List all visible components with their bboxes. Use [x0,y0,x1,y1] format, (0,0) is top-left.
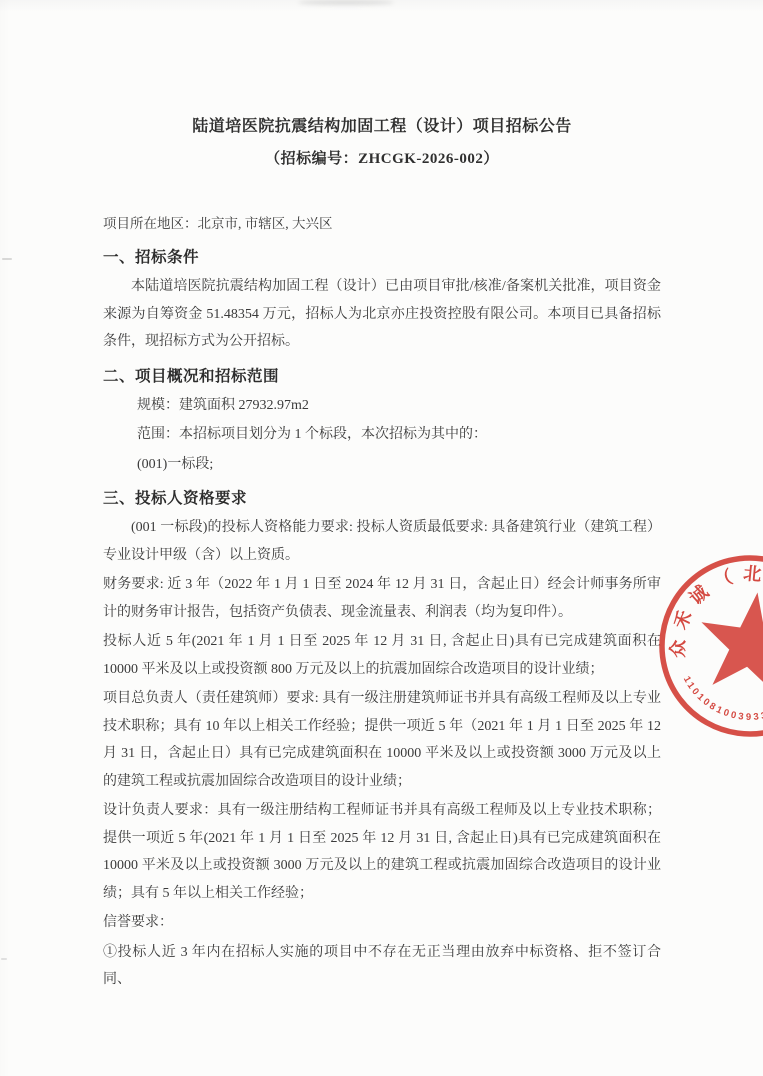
company-seal: 众禾诚（北京 1101081003933 [655,551,763,741]
seal-serial-number: 1101081003933 [676,673,763,726]
section-heading-project-overview: 二、项目概况和招标范围 [103,362,661,392]
paragraph-reputation-requirement-1: ①投标人近 3 年内在招标人实施的项目中不存在无正当理由放弃中标资格、拒不签订合… [103,939,661,994]
section-heading-bidder-qualifications: 三、投标人资格要求 [103,484,661,514]
svg-text:1101081003933: 1101081003933 [676,673,763,726]
scan-smudge [298,0,394,5]
paragraph-bidder-track-record: 投标人近 5 年(2021 年 1 月 1 日至 2025 年 12 月 31 … [103,628,661,683]
paragraph-design-lead-requirements: 设计负责人要求：具有一级注册结构工程师证书并具有高级工程师及以上专业技术职称；提… [103,797,661,907]
scan-speck [2,258,12,260]
tender-number: （招标编号：ZHCGK-2026-002） [103,148,661,170]
paragraph-chief-architect-requirements: 项目总负责人（责任建筑师）要求: 具有一级注册建筑师证书并具有高级工程师及以上专… [103,685,661,795]
paragraph-tender-conditions: 本陆道培医院抗震结构加固工程（设计）已由项目审批/核准/备案机关批准，项目资金来… [103,273,661,356]
paragraph-financial-requirements: 财务要求: 近 3 年（2022 年 1 月 1 日至 2024 年 12 月 … [103,571,661,626]
paragraph-reputation-requirements-label: 信誉要求： [103,909,661,937]
document-title: 陆道培医院抗震结构加固工程（设计）项目招标公告 [103,116,661,138]
section-heading-tender-conditions: 一、招标条件 [103,243,661,273]
scanned-document-page: 陆道培医院抗震结构加固工程（设计）项目招标公告 （招标编号：ZHCGK-2026… [0,0,763,1076]
scan-speck [1,958,7,960]
project-location: 项目所在地区：北京市, 市辖区, 大兴区 [103,210,661,237]
item-scale: 规模：建筑面积 27932.97m2 [103,392,661,420]
document-body: 陆道培医院抗震结构加固工程（设计）项目招标公告 （招标编号：ZHCGK-2026… [103,116,661,996]
paragraph-qualification-capability: (001 一标段)的投标人资格能力要求: 投标人资质最低要求: 具备建筑行业（建… [103,514,661,569]
item-lot: (001)一标段; [103,451,661,479]
item-scope: 范围：本招标项目划分为 1 个标段，本次招标为其中的： [103,421,661,449]
